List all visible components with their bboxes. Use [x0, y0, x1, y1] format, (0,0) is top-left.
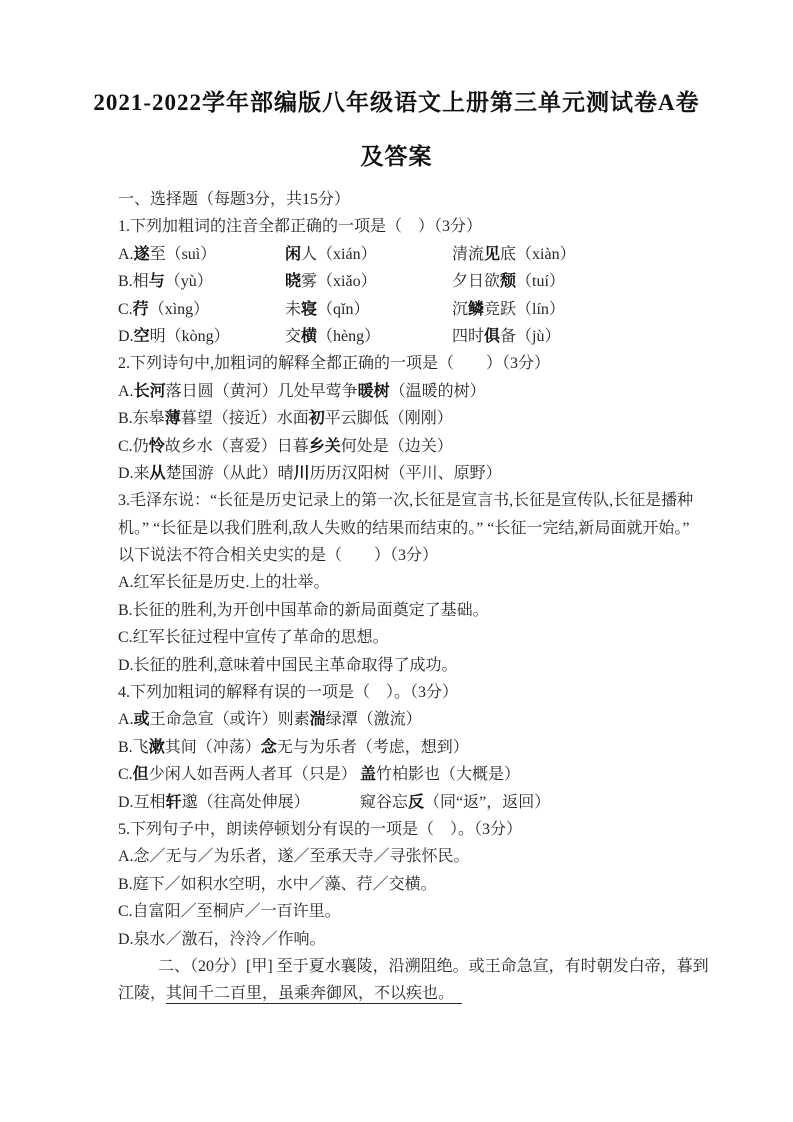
text-run: 与 [149, 273, 165, 290]
text-run: 但 [133, 766, 149, 783]
row-cell: B.相与（yù） [118, 268, 285, 295]
text-run: 5.下列句子中，朗读停顿划分有误的一项是（ ）。（3分） [118, 821, 522, 838]
row-cell: 盖竹柏影也（大概是） [360, 761, 520, 788]
text-run: 横 [301, 328, 317, 345]
text-run: 荇 [133, 301, 149, 318]
text-run: 从 [150, 465, 166, 482]
row-cell: 日暮乡关何处是（边关） [277, 433, 453, 460]
text-run: 何处是（边关） [341, 438, 453, 455]
row-cell: 未寝（qǐn） [285, 296, 452, 323]
text-run: B.庭下／如积水空明，水中／藻、荇／交横。 [118, 876, 437, 893]
document-line: D.互相轩邈（往高处伸展）窥谷忘反（同“返”，返回） [118, 789, 693, 816]
document-line: D.空明（kòng）交横（hèng）四时俱备（jù） [118, 323, 693, 350]
row-cell: D.来从楚国游（从此） [118, 460, 278, 487]
text-run: （hèng） [317, 328, 380, 345]
text-run: 乡关 [309, 438, 341, 455]
row-cell: B.东皋薄暮望（接近） [118, 405, 277, 432]
document-line: 一、选择题（每题3分，共15分） [118, 186, 693, 213]
text-run: 1.下列加粗词的注音全都正确的一项是（ ）（3分） [118, 218, 482, 235]
document-body: 一、选择题（每题3分，共15分）1.下列加粗词的注音全都正确的一项是（ ）（3分… [118, 186, 693, 1008]
row-cell: D.互相轩邈（往高处伸展） [118, 789, 360, 816]
text-run: 湍 [310, 711, 326, 728]
text-run: 水面 [277, 410, 309, 427]
text-run: B.东皋 [118, 410, 165, 427]
row-cell: B.飞漱其间（冲荡） [118, 734, 261, 761]
row-cell: 几处早莺争暖树（温暖的树） [278, 378, 486, 405]
row-cell: D.空明（kòng） [118, 323, 285, 350]
text-run: D.互相 [118, 794, 166, 811]
text-run: C.仍 [118, 438, 149, 455]
text-run: 颓 [500, 273, 516, 290]
text-run: B.飞 [118, 739, 149, 756]
document-line: C.红军长征过程中宣传了革命的思想。 [118, 624, 693, 651]
text-run: 念 [261, 739, 277, 756]
text-run: 鳞 [468, 301, 484, 318]
text-run: C.红军长征过程中宣传了革命的思想。 [118, 629, 389, 646]
row-cell: A.遂至（suì） [118, 241, 285, 268]
text-run: 未 [285, 301, 301, 318]
text-run: 川 [294, 465, 310, 482]
text-run: 空 [134, 328, 150, 345]
text-run: （xìng） [149, 301, 209, 318]
document-line: 二、（20分）[甲] 至于夏水襄陵，沿溯阻绝。或王命急宣，有时朝发白帝，暮到 [118, 953, 693, 980]
text-run: 夕日欲 [452, 273, 500, 290]
text-run: 闲 [285, 246, 301, 263]
text-run: A. [118, 246, 134, 263]
text-run: （同“返”，返回） [424, 794, 550, 811]
text-run: 暖树 [358, 383, 390, 400]
text-run: D.泉水／激石，泠泠／作响。 [118, 931, 326, 948]
text-run: 反 [408, 794, 424, 811]
text-run: 交 [285, 328, 301, 345]
text-run: 窥谷忘 [360, 794, 408, 811]
text-run: 遂 [134, 246, 150, 263]
document-line: 机。” “长征是以我们胜利,敌人失败的结果而结束的。” “长征一完结,新局面就开… [118, 515, 693, 542]
row-cell: 晓雾（xiǎo） [285, 268, 452, 295]
text-run: （温暖的树） [390, 383, 486, 400]
document-line: C.但少闲人如吾两人者耳（只是）盖竹柏影也（大概是） [118, 761, 693, 788]
row-cell: 水面初平云脚低（刚刚） [277, 405, 453, 432]
document-line: C.荇（xìng）未寝（qǐn）沉鳞竞跃（lín） [118, 296, 693, 323]
text-run: 竹柏影也（大概是） [376, 766, 520, 783]
text-run: 盖 [360, 766, 376, 783]
text-run: 初 [309, 410, 325, 427]
text-run: 备（jù） [500, 328, 560, 345]
text-run: （yù） [165, 273, 213, 290]
document-title-line2: 及答案 [0, 142, 793, 172]
text-run: 江陵， [118, 985, 166, 1002]
text-run: 晴 [278, 465, 294, 482]
document-line: D.来从楚国游（从此）晴川历历汉阳树（平川、原野） [118, 460, 693, 487]
text-run: D. [118, 328, 134, 345]
document-title-line1: 2021-2022学年部编版八年级语文上册第三单元测试卷A卷 [0, 88, 793, 118]
text-run: C.自富阳／至桐庐／一百许里。 [118, 903, 341, 920]
document-line: 1.下列加粗词的注音全都正确的一项是（ ）（3分） [118, 213, 693, 240]
text-run: B.相 [118, 273, 149, 290]
row-cell: 沉鳞竞跃（lín） [452, 296, 565, 323]
text-run: 楚国游（从此） [166, 465, 278, 482]
text-run: A. [118, 383, 134, 400]
text-run: 雾（xiǎo） [301, 273, 377, 290]
text-run: 机。” “长征是以我们胜利,敌人失败的结果而结束的。” “长征一完结,新局面就开… [118, 520, 690, 537]
text-run: 见 [484, 246, 500, 263]
text-run: 清流 [452, 246, 484, 263]
row-cell: C.荇（xìng） [118, 296, 285, 323]
text-run: D.来 [118, 465, 150, 482]
text-run: A.红军长征是历史.上的壮举。 [118, 574, 330, 591]
text-run: 无与为乐者（考虑，想到） [277, 739, 469, 756]
text-run: 二、（20分）[甲] 至于夏水襄陵，沿溯阻绝。或王命急宣，有时朝发白帝，暮到 [158, 958, 709, 975]
text-run: （qǐn） [317, 301, 369, 318]
document-line: 2.下列诗句中,加粗词的解释全都正确的一项是（ ）（3分） [118, 350, 693, 377]
text-run: 3.毛泽东说：“长征是历史记录上的第一次,长征是宣言书,长征是宣传队,长征是播种 [118, 492, 693, 509]
text-run: 则素 [278, 711, 310, 728]
text-run: 以下说法不符合相关史实的是（ ）（3分） [118, 547, 438, 564]
document-line: B.东皋薄暮望（接近）水面初平云脚低（刚刚） [118, 405, 693, 432]
row-cell: 清流见底（xiàn） [452, 241, 576, 268]
text-run: 暮望（接近） [181, 410, 277, 427]
row-cell: 则素湍绿潭（激流） [278, 706, 422, 733]
text-run: 底（xiàn） [500, 246, 576, 263]
text-run: 绿潭（激流） [326, 711, 422, 728]
row-cell: A.长河落日圆（黄河） [118, 378, 278, 405]
document-line: B.飞漱其间（冲荡）念无与为乐者（考虑，想到） [118, 734, 693, 761]
row-cell: 交横（hèng） [285, 323, 452, 350]
document-line: 以下说法不符合相关史实的是（ ）（3分） [118, 542, 693, 569]
text-run: 少闲人如吾两人者耳（只是） [149, 766, 357, 783]
exam-paper-page: 2021-2022学年部编版八年级语文上册第三单元测试卷A卷 及答案 一、选择题… [0, 0, 793, 1122]
text-run: 日暮 [277, 438, 309, 455]
row-cell: 闲人（xián） [285, 241, 452, 268]
text-run: 至（suì） [150, 246, 217, 263]
text-run: 俱 [484, 328, 500, 345]
row-cell: 晴川历历汉阳树（平川、原野） [278, 460, 502, 487]
document-line: 3.毛泽东说：“长征是历史记录上的第一次,长征是宣言书,长征是宣传队,长征是播种 [118, 487, 693, 514]
document-line: C.仍怜故乡水（喜爱）日暮乡关何处是（边关） [118, 433, 693, 460]
document-line: 5.下列句子中，朗读停顿划分有误的一项是（ ）。（3分） [118, 816, 693, 843]
document-line: A.念／无与／为乐者，遂／至承天寺／寻张怀民。 [118, 843, 693, 870]
text-run: 邈（往高处伸展） [182, 794, 310, 811]
document-line: B.相与（yù）晓雾（xiǎo）夕日欲颓（tuí） [118, 268, 693, 295]
document-line: A.遂至（suì）闲人（xián）清流见底（xiàn） [118, 241, 693, 268]
text-run: 故乡水（喜爱） [165, 438, 277, 455]
row-cell: 窥谷忘反（同“返”，返回） [360, 789, 550, 816]
document-line: 江陵，其间千二百里，虽乘奔御风，不以疾也。 [118, 980, 693, 1007]
text-run: 其间（冲荡） [165, 739, 261, 756]
document-line: A.红军长征是历史.上的壮举。 [118, 569, 693, 596]
row-cell: 四时俱备（jù） [452, 323, 560, 350]
text-run: C. [118, 301, 133, 318]
text-run: 2.下列诗句中,加粗词的解释全都正确的一项是（ ）（3分） [118, 355, 550, 372]
row-cell: C.仍怜故乡水（喜爱） [118, 433, 277, 460]
text-run: 平云脚低（刚刚） [325, 410, 453, 427]
text-run: A. [118, 711, 134, 728]
row-cell: 念无与为乐者（考虑，想到） [261, 734, 469, 761]
text-run: 轩 [166, 794, 182, 811]
text-run: 或 [134, 711, 150, 728]
text-run: 怜 [149, 438, 165, 455]
text-run: 四时 [452, 328, 484, 345]
text-run: 一、选择题（每题3分，共15分） [118, 191, 350, 208]
document-line: A.或王命急宣（或许）则素湍绿潭（激流） [118, 706, 693, 733]
document-line: D.泉水／激石，泠泠／作响。 [118, 926, 693, 953]
text-run: 人（xián） [301, 246, 377, 263]
text-run: B.长征的胜利,为开创中国革命的新局面奠定了基础。 [118, 602, 489, 619]
row-cell: 夕日欲颓（tuí） [452, 268, 565, 295]
text-run: 历历汉阳树（平川、原野） [310, 465, 502, 482]
text-run: 其间千二百里，虽乘奔御风，不以疾也。 [166, 985, 462, 1004]
text-run: C. [118, 766, 133, 783]
document-line: B.长征的胜利,为开创中国革命的新局面奠定了基础。 [118, 597, 693, 624]
document-line: 4.下列加粗词的解释有误的一项是（ ）。（3分） [118, 679, 693, 706]
text-run: 晓 [285, 273, 301, 290]
text-run: 漱 [149, 739, 165, 756]
row-cell: C.但少闲人如吾两人者耳（只是） [118, 761, 360, 788]
text-run: （tuí） [516, 273, 565, 290]
text-run: 寝 [301, 301, 317, 318]
document-line: A.长河落日圆（黄河）几处早莺争暖树（温暖的树） [118, 378, 693, 405]
text-run: 落日圆（黄河） [166, 383, 278, 400]
text-run: A.念／无与／为乐者，遂／至承天寺／寻张怀民。 [118, 848, 470, 865]
document-title: 2021-2022学年部编版八年级语文上册第三单元测试卷A卷 及答案 [0, 0, 793, 172]
text-run: 长河 [134, 383, 166, 400]
text-run: 4.下列加粗词的解释有误的一项是（ ）。（3分） [118, 684, 458, 701]
text-run: 薄 [165, 410, 181, 427]
text-run: D.长征的胜利,意味着中国民主革命取得了成功。 [118, 657, 458, 674]
document-line: D.长征的胜利,意味着中国民主革命取得了成功。 [118, 652, 693, 679]
document-line: B.庭下／如积水空明，水中／藻、荇／交横。 [118, 871, 693, 898]
text-run: 沉 [452, 301, 468, 318]
text-run: 竞跃（lín） [484, 301, 565, 318]
row-cell: A.或王命急宣（或许） [118, 706, 278, 733]
text-run: 明（kòng） [150, 328, 230, 345]
document-line: C.自富阳／至桐庐／一百许里。 [118, 898, 693, 925]
text-run: 王命急宣（或许） [150, 711, 278, 728]
text-run: 几处早莺争 [278, 383, 358, 400]
